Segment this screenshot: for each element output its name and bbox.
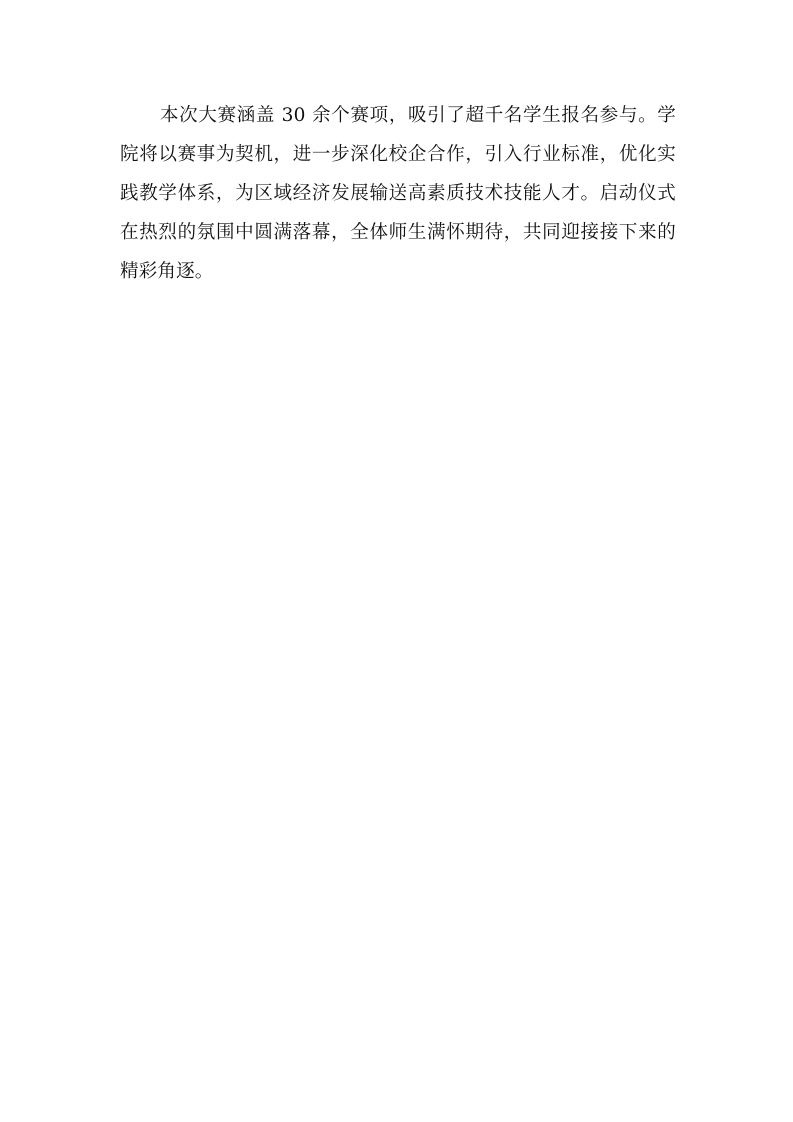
paragraph-line: 在热烈的氛围中圆满落幕，全体师生满怀期待，共同迎接接下来的	[120, 219, 676, 258]
paragraph-line: 院将以赛事为契机，进一步深化校企合作，引入行业标准，优化实	[120, 141, 676, 180]
paragraph-line: 精彩角逐。	[120, 258, 676, 297]
body-paragraph: 本次大赛涵盖 30 余个赛项，吸引了超千名学生报名参与。学 院将以赛事为契机，进…	[120, 102, 676, 297]
paragraph-line: 践教学体系，为区域经济发展输送高素质技术技能人才。启动仪式	[120, 180, 676, 219]
document-page: 本次大赛涵盖 30 余个赛项，吸引了超千名学生报名参与。学 院将以赛事为契机，进…	[0, 0, 793, 1122]
paragraph-line: 本次大赛涵盖 30 余个赛项，吸引了超千名学生报名参与。学	[120, 102, 676, 141]
